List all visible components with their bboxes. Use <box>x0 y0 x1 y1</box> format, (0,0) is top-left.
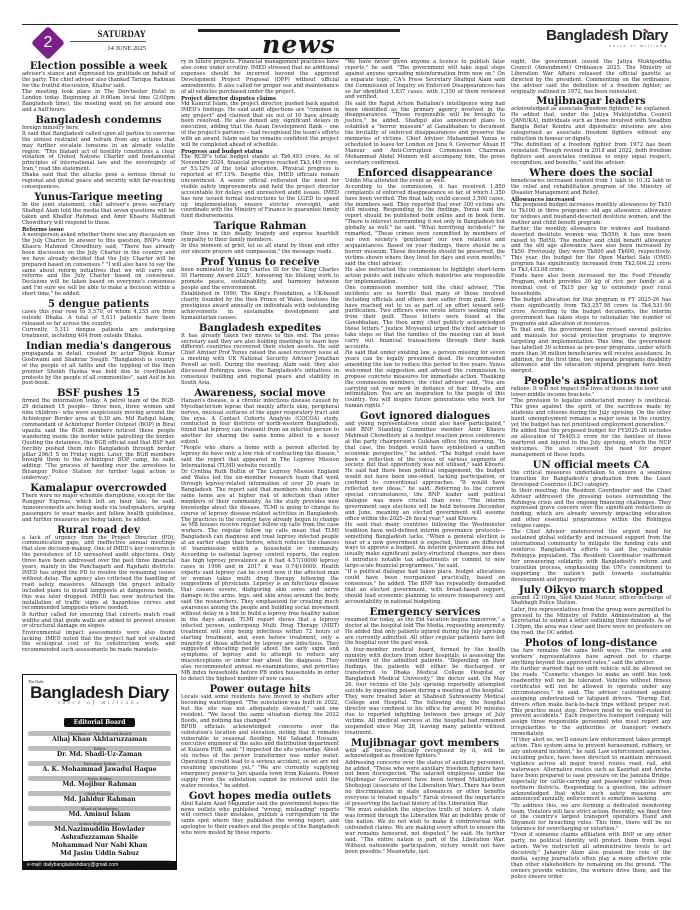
article-paragraph: "If a political dialogue had taken place… <box>345 570 505 605</box>
article-paragraph: Locals said some residents have moved to… <box>181 695 339 725</box>
article-paragraph: Dr Cynthia Ruth Butlin of The Leprosy Mi… <box>181 470 339 683</box>
article-paragraph: Established in 1990, The King's Foundati… <box>181 292 339 322</box>
article-paragraph: rations. It will not impact the lives of… <box>511 387 671 399</box>
article-paragraph: A newsperson asked whether there was any… <box>22 233 175 298</box>
article-paragraph: around 12:10pm, Sied Khaled Mansur, offi… <box>511 596 671 608</box>
brand-name: Bangladesh Diary <box>546 27 668 44</box>
article-paragraph: "We have never given anyone a licence to… <box>345 60 505 101</box>
article-paragraph: "If they alert us, we'll ensure law enfo… <box>511 738 671 803</box>
board-member-name: Dr. Md. Shadi-Uz-Zaman <box>28 751 171 759</box>
article-paragraph: resumed for today, as the Eid vacation b… <box>345 618 505 648</box>
article-paragraph: adviser's stance and expressed his grati… <box>22 72 175 90</box>
brand-logo: The Daily Bangladesh Diary voice of mill… <box>546 27 668 48</box>
article-paragraph: The RCIP's total budget stands at Tk6,49… <box>181 155 339 220</box>
article-paragraph: and young representatives could also hav… <box>345 422 505 522</box>
board-member-name: Md.Nazimuddin Howlader <box>28 826 171 834</box>
headline: Bangladesh expedites <box>181 323 339 334</box>
masthead: 2 SATURDAY 14 JUNE 2025 news The Daily B… <box>22 24 678 58</box>
article-paragraph: acknowledged as associate freedom fighte… <box>511 107 671 142</box>
article-paragraph: "To address this, we are forming a dedic… <box>511 804 671 834</box>
date: 14 JUNE 2025 <box>70 45 146 52</box>
column-2: ry in future projects. Financial managem… <box>181 60 339 837</box>
board-member-name: Md. Mojibur Rahman <box>28 781 171 789</box>
article-paragraph: Funds have also been increased for the F… <box>511 274 671 298</box>
article-paragraph: firmed the information today. A patrol t… <box>22 399 175 482</box>
section-title: news <box>198 29 400 59</box>
headline: Enforced disappearance <box>345 168 505 179</box>
article-paragraph: a lack of urgency from the Project Direc… <box>22 536 175 613</box>
article-paragraph: Later, five representatives from the gro… <box>511 608 671 638</box>
email-link[interactable]: e-mail: dailybangladeshdiary@gmail.com <box>23 861 176 869</box>
board-member-name: Alhaj Khan Akhtaruzzaman <box>28 736 171 744</box>
article-paragraph: To that end, the government has revised … <box>511 328 671 375</box>
article-paragraph: There were no major schedule disruptions… <box>22 494 175 524</box>
article-paragraph: They were treated later at Shaheed Suhra… <box>345 695 505 736</box>
article-paragraph: Md Kamrul Islam, the project director, p… <box>181 102 339 149</box>
brand-tagline: voice of millions <box>546 44 668 48</box>
article-paragraph: The Chief Adviser underscored the urgent… <box>511 530 671 583</box>
article-paragraph: "The definition of a freedom fighter fro… <box>511 143 671 167</box>
article-paragraph: the critical measures undertaken to ensu… <box>511 471 671 489</box>
column-4: night, the government issued the Jatiya … <box>511 60 671 881</box>
article-paragraph: In the joint statement, chief adviser's … <box>22 203 175 227</box>
article-paragraph: According to the commission, it has rece… <box>345 185 505 268</box>
article-paragraph: Abul Kalam Azad Majumder said the govern… <box>181 802 339 837</box>
article-paragraph: "People who share a home with a person a… <box>181 446 339 470</box>
article-paragraph: beneficiaries increased tenfold from 1 l… <box>511 179 671 197</box>
ed-brand-name: Bangladesh Diary <box>28 684 171 701</box>
article-paragraph: night, the government issued the Jatiya … <box>511 60 671 95</box>
article-paragraph: He said that under existing law, a perso… <box>345 351 505 410</box>
article-paragraph: The budget allocation for this program i… <box>511 298 671 328</box>
article-paragraph: He also instructed the commission to hig… <box>345 268 505 286</box>
article-paragraph: with all forces officially recognised by… <box>345 749 505 761</box>
brand-dot-icon <box>645 30 648 33</box>
headline: Mujibnagar govt members <box>345 738 505 749</box>
board-member-name: Ashrafuzzaman Shaile <box>28 834 171 842</box>
editorial-board-box: The Daily Bangladesh Diary voice of mill… <box>22 674 177 870</box>
article-paragraph: Earlier, the monthly allowance for widow… <box>511 227 671 274</box>
article-paragraph: been nominated by King Charles III for t… <box>181 268 339 292</box>
article-paragraph: The meeting took place in The Dorchester… <box>22 90 175 114</box>
article-paragraph: He said that many countries following th… <box>345 523 505 570</box>
article-paragraph: He added that the proposed budget for FY… <box>511 429 671 459</box>
article-paragraph: In their meeting, the Resident Coordinat… <box>511 489 671 530</box>
article-paragraph: cases this year rose to 5,570, of whom 4… <box>22 310 175 328</box>
article-paragraph: "The provision to legalize undeclared mo… <box>511 399 671 429</box>
page-number: 2 <box>36 31 60 55</box>
headline: Bangladesh condemns <box>22 115 175 126</box>
board-member-name: Md. Aminul Islam <box>28 811 171 819</box>
column-3: "We have never given anyone a licence to… <box>345 60 505 856</box>
article-paragraph: It further called for ensuring that culv… <box>22 613 175 631</box>
article-paragraph: BPDB officials acknowledged concerns ove… <box>181 725 339 790</box>
article-paragraph: In this moment of grief, let us all stan… <box>181 244 339 256</box>
page-number-badge: 2 <box>31 26 65 60</box>
article-paragraph: "Even if someone claims affiliation with… <box>511 833 671 880</box>
article-paragraph: Hansen's disease, is a chronic infectiou… <box>181 399 339 446</box>
article-paragraph: their lives in this deadly tragedy and e… <box>181 232 339 244</box>
board-member-name: A. K. Mohammad Jawadul Haque <box>28 766 171 774</box>
article-paragraph: A four-member medical board, formed by t… <box>345 648 505 695</box>
article-paragraph: ry in future projects. Financial managem… <box>181 60 339 95</box>
article-paragraph: Dhaka said that the attacks pose a serio… <box>22 173 175 191</box>
article-paragraph: He further warned that no unfit vehicle … <box>511 667 671 738</box>
article-paragraph: He said the Rapid Action Battalion's int… <box>345 102 505 167</box>
article-paragraph: the fare remains the same both ways. The… <box>511 649 671 667</box>
editorial-board-heading: Editorial Board <box>64 718 136 727</box>
article-paragraph: It has already taken two moves to this e… <box>181 334 339 387</box>
article-paragraph: Addressing concerns over the status of a… <box>345 761 505 808</box>
article-paragraph: Currently, 5,311 dengue patients are und… <box>22 328 175 340</box>
weekday: SATURDAY <box>70 29 146 42</box>
board-member-name: Md Jasim Uddin Sabuz <box>28 850 171 858</box>
editorial-board-list: Chairman of The Editorial BoardAlhaj Kha… <box>28 731 171 873</box>
dateline: SATURDAY 14 JUNE 2025 <box>70 29 146 52</box>
article-paragraph: Environmental impact assessments were al… <box>22 631 175 655</box>
article-paragraph: One commission member told the chief adv… <box>345 286 505 351</box>
board-member-name: Mohammad Nur Nabi Khan <box>28 842 171 850</box>
article-paragraph: It said that Bangladesh called upon all … <box>22 132 175 173</box>
article-paragraph: The proposed budget increases monthly al… <box>511 203 671 227</box>
article-paragraph: propaganda in detail, created by actor D… <box>22 352 175 387</box>
article-paragraph: "We must establish the objective truth o… <box>345 808 505 855</box>
brand-small: The Daily <box>608 29 621 33</box>
headline: Rural road dev <box>22 525 175 536</box>
board-member-name: Md. Jahidur Rahman <box>28 796 171 804</box>
column-1: Election possible a weekadviser's stance… <box>22 60 175 655</box>
headline: July Oikyo march stopped <box>511 585 671 596</box>
